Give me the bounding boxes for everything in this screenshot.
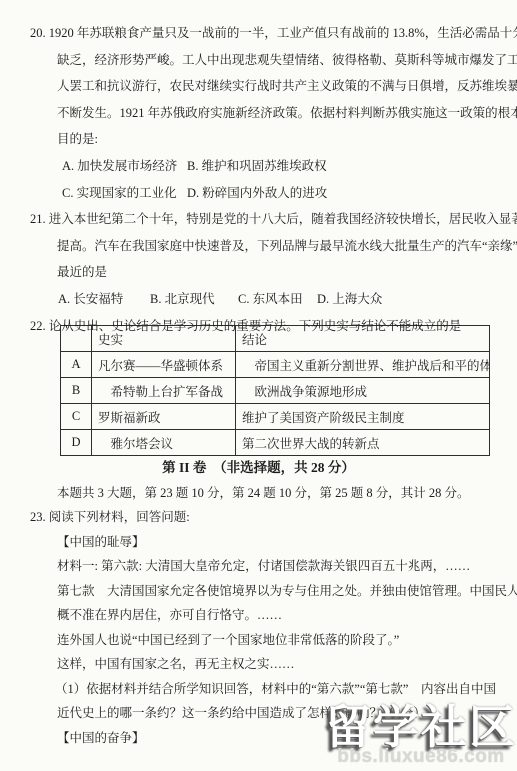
q21-option-b: B. 北京现代	[150, 286, 238, 313]
q23-material1-line-2: 第七款 大清国国家允定各使馆境界以为专与住用之处。并独由使馆管理。中国民人，	[57, 579, 517, 604]
q20-option-b: B. 维护和巩固苏维埃政权	[187, 159, 327, 173]
q23-tag-shame: 【中国的耻辱】	[57, 530, 517, 555]
q21-stem-line-2: 提高。汽车在我国家庭中快速普及，下列品牌与最早流水线大批量生产的汽车“亲缘”	[57, 233, 517, 260]
section2-title: 第 II 卷 （非选择题，共 28 分）	[0, 456, 517, 481]
q22-table: 史实 结论 A 凡尔赛——华盛顿体系 帝国主义重新分割世界、维护战后和平的体系 …	[60, 325, 490, 456]
q20-stem-line-2: 缺乏，经济形势严峻。工人中出现悲观失望情绪、彼得格勒、莫斯科等城市爆发了工	[57, 47, 517, 74]
table-row: A 凡尔赛——华盛顿体系 帝国主义重新分割世界、维护战后和平的体系	[61, 352, 490, 378]
cell-fact: 罗斯福新政	[92, 404, 236, 430]
cell-fact: 希特勒上台扩军备战	[92, 378, 236, 404]
table-row: D 雅尔塔会议 第二次世界大战的转新点	[61, 430, 490, 456]
q23-material1-line-3: 概不准在界内居住，亦可自行恪守。……	[57, 603, 517, 628]
q20-option-a: A. 加快发展市场经济	[62, 153, 187, 180]
table-row: B 希特勒上台扩军备战 欧洲战争策源地形成	[61, 378, 490, 404]
cell-label: A	[61, 352, 92, 378]
cell-label: B	[61, 378, 92, 404]
q23-material1-line-1: 材料一: 第六款: 大清国大皇帝允定，付诸国偿款海关银四百五十兆两，……	[57, 554, 517, 579]
q21-option-c: C. 东风本田	[238, 286, 317, 313]
q23-intro: 23. 阅读下列材料，回答问题:	[30, 505, 517, 530]
q21-option-d: D. 上海大众	[317, 292, 382, 306]
cell-fact: 凡尔赛——华盛顿体系	[92, 352, 236, 378]
q21-options-row: A. 长安福特B. 北京现代C. 东风本田D. 上海大众	[58, 286, 517, 313]
cell-conclusion: 第二次世界大战的转新点	[236, 430, 490, 456]
section2-note: 本题共 3 大题，第 23 题 10 分，第 24 题 10 分，第 25 题 …	[57, 481, 517, 506]
q20-stem-line-4: 不断发生。1921 年苏俄政府实施新经济政策。依据村料判断苏俄实施这一政策的根本	[57, 100, 517, 127]
q23-material1-line-5: 这样，中国有国家之名，再无主权之实……	[57, 652, 517, 677]
cell-label: D	[61, 430, 92, 456]
exam-page: 20. 1920 年苏联粮食产量只及一战前的一半，工业产值只有战前的 13.8%…	[0, 0, 517, 771]
q21-stem-line-3: 最近的是	[57, 259, 517, 286]
q20-options-row-2: C. 实现国家的工业化D. 粉碎国内外敌人的进攻	[62, 180, 517, 207]
q21-option-a: A. 长安福特	[58, 286, 150, 313]
cell-conclusion: 帝国主义重新分割世界、维护战后和平的体系	[236, 352, 490, 378]
cell-conclusion: 维护了美国资产阶级民主制度	[236, 404, 490, 430]
q23-sub1-line-2: 近代史上的哪一条约？这一条约给中国造成了怎样的影响？（2分）	[57, 701, 517, 726]
q21-stem-line-1: 21. 进入本世纪第二个十年，特别是党的十八大后，随着我国经济较快增长，居民收入…	[30, 206, 517, 233]
q20-stem-line-3: 人罢工和抗议游行，农民对继续实行战时共产主义政策的不满与日俱增，反苏维埃暴动	[57, 73, 517, 100]
cell-label: C	[61, 404, 92, 430]
q23-sub1-line-1: （1）依据材料并结合所学知识回答，材料中的“第六款”“第七款” 内容出自中国	[55, 677, 517, 702]
q23-material1-line-4: 连外国人也说“中国已经到了一个国家地位非常低落的阶段了。”	[57, 628, 517, 653]
cell-conclusion: 欧洲战争策源地形成	[236, 378, 490, 404]
exam-document: 20. 1920 年苏联粮食产量只及一战前的一半，工业产值只有战前的 13.8%…	[0, 20, 517, 750]
q23-tag-struggle: 【中国的奋争】	[57, 726, 517, 751]
q20-option-d: D. 粉碎国内外敌人的进攻	[187, 186, 327, 200]
q20-stem-line-5: 目的是:	[57, 126, 517, 153]
q20-stem-line-1: 20. 1920 年苏联粮食产量只及一战前的一半，工业产值只有战前的 13.8%…	[30, 20, 517, 47]
q20-option-c: C. 实现国家的工业化	[62, 180, 187, 207]
table-row: C 罗斯福新政 维护了美国资产阶级民主制度	[61, 404, 490, 430]
q20-options-row-1: A. 加快发展市场经济B. 维护和巩固苏维埃政权	[62, 153, 517, 180]
cell-fact: 雅尔塔会议	[92, 430, 236, 456]
